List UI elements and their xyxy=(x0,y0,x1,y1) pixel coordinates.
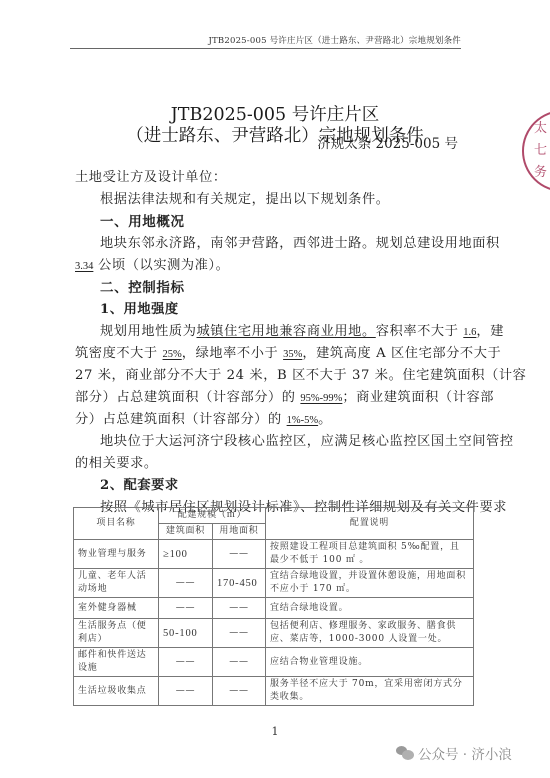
facilities-standard-table: 项目名称 配建规模（㎡） 配置说明 建筑面积 用地面积 物业管理与服务 ≥100… xyxy=(73,507,474,706)
column-header-description: 配置说明 xyxy=(266,508,474,540)
cell-land-area: 170-450 xyxy=(213,569,266,598)
intensity-line3: 27 米，商业部分不大于 24 米，B 区不大于 37 米。住宅建筑面积（计容 xyxy=(75,365,485,387)
land-use-type: 城镇住宅用地兼容商业用地。 xyxy=(197,324,376,339)
page-number: 1 xyxy=(0,725,550,738)
seal-char: 太 xyxy=(534,118,550,140)
intensity-line5: 分）占总建筑面积（计容部分）的 1%-5%。 xyxy=(75,409,485,432)
header-divider xyxy=(70,48,461,49)
cell-building-area: —— xyxy=(159,598,213,619)
cell-building-area: —— xyxy=(159,569,213,598)
cell-name: 生活服务点（便利店） xyxy=(74,619,159,648)
running-header: JTB2025-005 号许庄片区（进士路东、尹营路北）宗地规划条件 xyxy=(70,34,461,46)
seal-char: 务 xyxy=(534,162,550,184)
intro-paragraph: 根据法律法规和有关规定，提出以下规划条件。 xyxy=(100,189,510,211)
subheading-supporting-facilities: 2、配套要求 xyxy=(100,475,510,497)
column-header-scale: 配建规模（㎡） xyxy=(159,508,266,524)
subheading-land-intensity: 1、用地强度 xyxy=(100,299,510,321)
column-header-name: 项目名称 xyxy=(74,508,159,540)
cell-building-area: ≥100 xyxy=(159,540,213,569)
cell-description: 按照建设工程项目总建筑面积 5‰配置，且最少不低于 100 ㎡ 。 xyxy=(266,540,474,569)
intensity-line2: 筑密度不大于 25%，绿地率不小于 35%，建筑高度 A 区住宅部分不大于 xyxy=(75,343,485,366)
cell-land-area: —— xyxy=(213,540,266,569)
cell-building-area: —— xyxy=(159,677,213,706)
watermark-text: 公众号 · 济小浪 xyxy=(418,743,512,763)
residential-ratio: 95%-99% xyxy=(300,393,342,404)
land-overview-line1: 地块东邻永济路，南邻尹营路，西邻进士路。规划总建设用地面积 xyxy=(100,233,510,255)
green-ratio: 35% xyxy=(283,349,302,360)
cell-building-area: 50-100 xyxy=(159,619,213,648)
document-number: 济规太条 2025-005 号 xyxy=(317,132,458,152)
cell-name: 儿童、老年人活动场地 xyxy=(74,569,159,598)
table-row: 邮件和快件送达设施 —— —— 应结合物业管理设施。 xyxy=(74,648,474,677)
cell-description: 宜结合绿地设置，并设置休憩设施，用地面积不应小于 170 ㎡。 xyxy=(266,569,474,598)
floor-area-ratio: 1.6 xyxy=(463,327,476,338)
section-heading-land-overview: 一、用地概况 xyxy=(100,211,510,233)
land-area-value: 3.34 xyxy=(75,261,93,272)
intensity-line4: 部分）占总建筑面积（计容部分）的 95%-99%；商业建筑面积（计容部 xyxy=(75,387,485,410)
cell-description: 服务半径不应大于 70m，宜采用密闭方式分类收集。 xyxy=(266,677,474,706)
table-row: 室外健身器械 —— —— 宜结合绿地设置。 xyxy=(74,598,474,619)
cell-description: 包括便利店、修理服务、家政服务、膳食供应、菜店等，1000-3000 人设置一处… xyxy=(266,619,474,648)
cell-land-area: —— xyxy=(213,598,266,619)
cell-name: 邮件和快件送达设施 xyxy=(74,648,159,677)
column-header-land-area: 用地面积 xyxy=(213,524,266,540)
section-heading-control-indicators: 二、控制指标 xyxy=(100,277,510,299)
cell-description: 应结合物业管理设施。 xyxy=(266,648,474,677)
table-row: 生活垃圾收集点 —— —— 服务半径不应大于 70m，宜采用密闭方式分类收集。 xyxy=(74,677,474,706)
intensity-line1: 规划用地性质为城镇住宅用地兼容商业用地。容积率不大于 1.6，建 xyxy=(100,321,510,344)
cell-land-area: —— xyxy=(213,648,266,677)
commercial-ratio: 1%-5% xyxy=(287,415,319,426)
cell-name: 室外健身器械 xyxy=(74,598,159,619)
addressee: 土地受让方及设计单位： xyxy=(75,167,485,189)
table-row: 生活服务点（便利店） 50-100 —— 包括便利店、修理服务、家政服务、膳食供… xyxy=(74,619,474,648)
cell-land-area: —— xyxy=(213,677,266,706)
wechat-watermark: 公众号 · 济小浪 xyxy=(396,743,512,763)
canal-zone-line2: 的相关要求。 xyxy=(75,453,485,475)
cell-building-area: —— xyxy=(159,648,213,677)
cell-land-area: —— xyxy=(213,619,266,648)
seal-char: 七 xyxy=(534,140,550,162)
cell-name: 物业管理与服务 xyxy=(74,540,159,569)
land-overview-line2: 3.34 公顷（以实测为准）。 xyxy=(75,255,485,278)
column-header-building-area: 建筑面积 xyxy=(159,524,213,540)
table-row: 儿童、老年人活动场地 —— 170-450 宜结合绿地设置，并设置休憩设施，用地… xyxy=(74,569,474,598)
table-row: 物业管理与服务 ≥100 —— 按照建设工程项目总建筑面积 5‰配置，且最少不低… xyxy=(74,540,474,569)
building-density: 25% xyxy=(163,349,182,360)
cell-name: 生活垃圾收集点 xyxy=(74,677,159,706)
document-title-line2: （进士路东、尹营路北）宗地规划条件 xyxy=(0,122,550,147)
canal-zone-line1: 地块位于大运河济宁段核心监控区，应满足核心监控区国土空间管控 xyxy=(100,431,510,453)
wechat-icon xyxy=(396,746,414,760)
cell-description: 宜结合绿地设置。 xyxy=(266,598,474,619)
